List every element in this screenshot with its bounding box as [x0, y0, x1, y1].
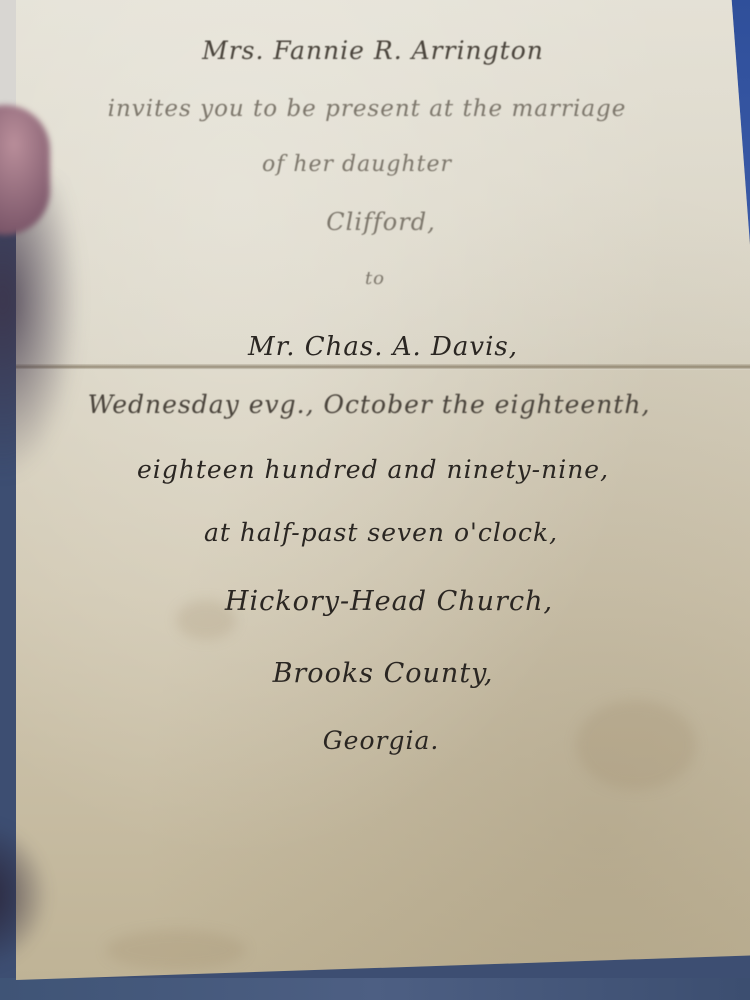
- state-line: Georgia.: [6, 726, 750, 755]
- blue-backdrop-bottom: [0, 978, 750, 1000]
- relation-line: of her daughter: [0, 152, 732, 177]
- groom-name: Mr. Chas. A. Davis,: [8, 332, 750, 362]
- invitation-paper: [16, 0, 750, 980]
- year-line: eighteen hundred and ninety-nine,: [0, 455, 748, 484]
- paper-stain: [106, 930, 246, 970]
- bride-name: Clifford,: [6, 208, 750, 236]
- to-line: to: [0, 268, 750, 289]
- time-line: at half-past seven o'clock,: [6, 518, 750, 547]
- finger-shadow-lower: [0, 820, 50, 970]
- fold-crease: [16, 364, 750, 370]
- invitation-phrase: invites you to be present at the marriag…: [0, 96, 742, 122]
- host-name: Mrs. Fannie R. Arrington: [0, 36, 748, 65]
- county-line: Brooks County,: [8, 658, 750, 689]
- venue-line: Hickory-Head Church,: [14, 586, 750, 617]
- date-line: Wednesday evg., October the eighteenth,: [0, 390, 744, 419]
